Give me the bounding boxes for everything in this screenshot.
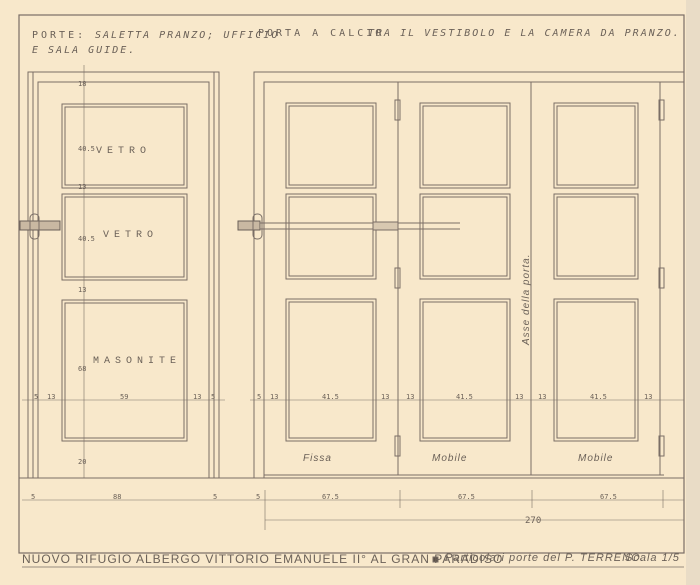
dim-b-4: 5 [256,493,260,501]
panel-label-masonite: MASONITE [93,356,181,367]
header-left-text: SALETTA PRANZO; UFFICIO [95,30,279,41]
dim-v-glass2: 40.5 [78,235,95,243]
dim-t-2: 13 [270,393,278,401]
leaf-label-mobile-1: Mobile [432,453,467,464]
dim-h-2: 13 [47,393,55,401]
leaf-label-mobile-2: Mobile [578,453,613,464]
panel-label-glass-1: VETRO [96,146,151,157]
dim-v-top: 18 [78,80,86,88]
dim-h-5: 5 [211,393,215,401]
dim-v-rail2: 13 [78,286,86,294]
dim-t-10: 13 [644,393,652,401]
dim-v-rail1: 13 [78,183,86,191]
dim-t-5: 13 [406,393,414,401]
dim-t-8: 13 [538,393,546,401]
dim-v-bottom: 20 [78,458,86,466]
panel-label-glass-2: VETRO [103,230,158,241]
dim-b-7: 67.5 [600,493,617,501]
dim-t-9: 41.5 [590,393,607,401]
dim-v-masonite: 68 [78,365,86,373]
footer-scale: Scala 1/5 [625,552,680,564]
dim-h-3: 59 [120,393,128,401]
header-right-text: TRA IL VESTIBOLO E LA CAMERA DA PRANZO. [368,28,681,39]
door-drawing [0,0,700,585]
header-right-label: PORTA A CALCIO [258,28,384,39]
dim-h-4: 13 [193,393,201,401]
dim-b-1: 5 [31,493,35,501]
dim-v-glass1: 40.5 [78,145,95,153]
header-left-text-2: E SALA GUIDE. [32,45,136,56]
dim-b-6: 67.5 [458,493,475,501]
footer-subtitle: Particolari porte del P. TERRENO. [445,552,645,564]
dim-b-2: 88 [113,493,121,501]
dim-b-3: 5 [213,493,217,501]
dim-t-7: 13 [515,393,523,401]
dim-t-4: 13 [381,393,389,401]
dim-total: 270 [525,516,541,526]
dim-t-3: 41.5 [322,393,339,401]
dim-b-5: 67.5 [322,493,339,501]
leaf-label-fixed: Fissa [303,453,332,464]
header-left-label: PORTE: [32,30,86,41]
dim-t-6: 41.5 [456,393,473,401]
footer-title: NUOVO RIFUGIO ALBERGO VITTORIO EMANUELE … [22,552,503,566]
door-axis-label: Asse della porta. [521,254,532,346]
dim-h-1: 5 [34,393,38,401]
dim-t-1: 5 [257,393,261,401]
